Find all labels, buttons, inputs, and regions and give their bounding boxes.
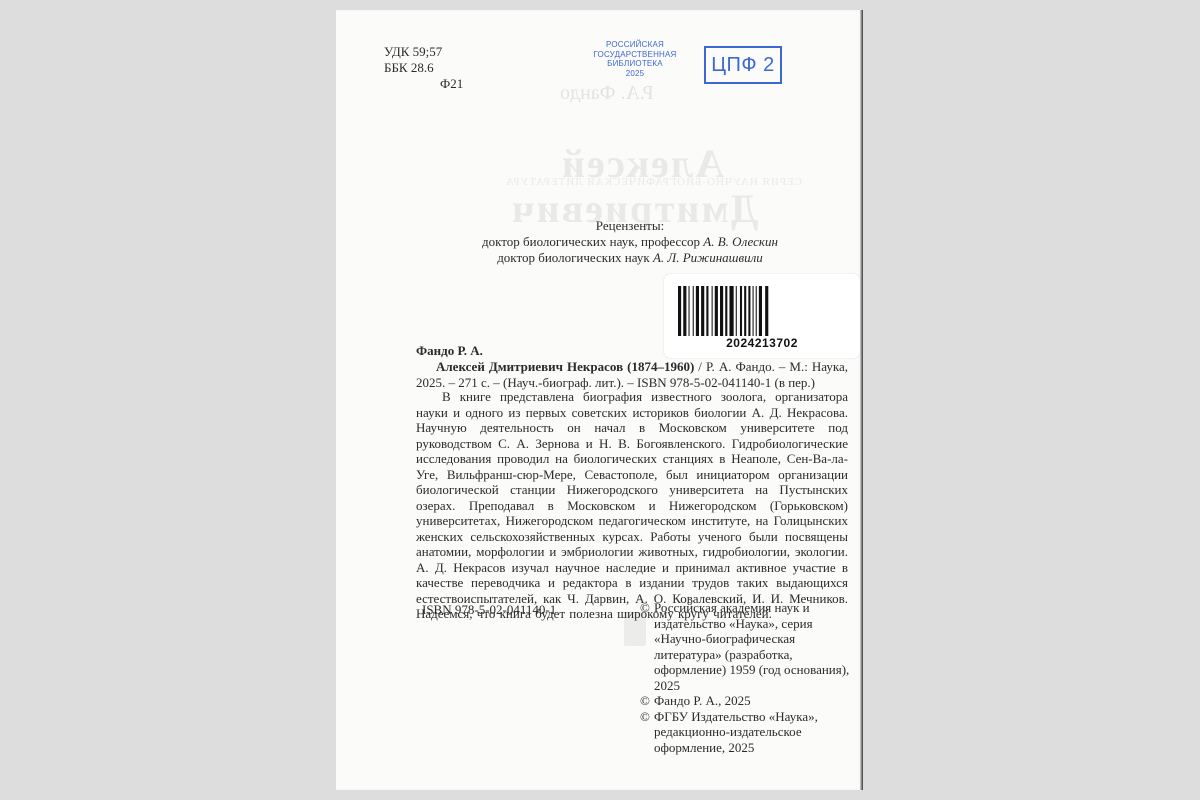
cpf-box-stamp: ЦПФ 2 bbox=[704, 46, 782, 84]
reviewer-name: А. В. Олескин bbox=[703, 234, 778, 249]
reviewer-title: доктор биологических наук, профессор bbox=[482, 234, 703, 249]
library-stamp-line: БИБЛИОТЕКА bbox=[580, 59, 690, 69]
copyright-icon: © bbox=[640, 709, 650, 725]
reviewer-line: доктор биологических наук А. Л. Рижинашв… bbox=[440, 250, 820, 266]
record-author: Фандо Р. А. bbox=[416, 343, 848, 359]
bibliographic-record: Фандо Р. А. Алексей Дмитриевич Некрасов … bbox=[416, 343, 848, 391]
record-title: Алексей Дмитриевич Некрасов (1874–1960) bbox=[436, 359, 694, 374]
copyright-icon: © bbox=[640, 600, 650, 616]
isbn: ISBN 978-5-02-041140-1 bbox=[422, 602, 556, 618]
library-stamp: РОССИЙСКАЯ ГОСУДАРСТВЕННАЯ БИБЛИОТЕКА 20… bbox=[580, 40, 690, 78]
reviewers-heading: Рецензенты: bbox=[440, 218, 820, 234]
reviewer-name: А. Л. Рижинашвили bbox=[653, 250, 763, 265]
copyright-text: Российская академия наук и издательство … bbox=[654, 600, 849, 693]
record-entry: Алексей Дмитриевич Некрасов (1874–1960) … bbox=[416, 359, 848, 391]
copyright-block: ©Российская академия наук и издательство… bbox=[640, 600, 860, 755]
reviewer-title: доктор биологических наук bbox=[497, 250, 653, 265]
library-stamp-line: РОССИЙСКАЯ bbox=[580, 40, 690, 50]
copyright-text: ФГБУ Издательство «Наука», редакционно-и… bbox=[654, 709, 818, 755]
classification-codes: УДК 59;57 ББК 28.6 Ф21 bbox=[384, 44, 463, 92]
copyright-item: ©Фандо Р. А., 2025 bbox=[640, 693, 860, 709]
copyright-icon: © bbox=[640, 693, 650, 709]
copyright-item: ©Российская академия наук и издательство… bbox=[640, 600, 860, 693]
reviewer-line: доктор биологических наук, профессор А. … bbox=[440, 234, 820, 250]
author-mark: Ф21 bbox=[384, 76, 463, 92]
abstract-paragraph: В книге представлена биография известног… bbox=[416, 389, 848, 622]
bbk-code: ББК 28.6 bbox=[384, 60, 463, 76]
udk-code: УДК 59;57 bbox=[384, 44, 463, 60]
library-stamp-year: 2025 bbox=[580, 69, 690, 79]
library-stamp-line: ГОСУДАРСТВЕННАЯ bbox=[580, 50, 690, 60]
copyright-text: Фандо Р. А., 2025 bbox=[654, 693, 751, 708]
barcode-icon bbox=[676, 286, 848, 336]
copyright-item: ©ФГБУ Издательство «Наука», редакционно-… bbox=[640, 709, 860, 756]
page-edge-shadow bbox=[860, 10, 863, 790]
reviewers-block: Рецензенты: доктор биологических наук, п… bbox=[440, 218, 820, 266]
